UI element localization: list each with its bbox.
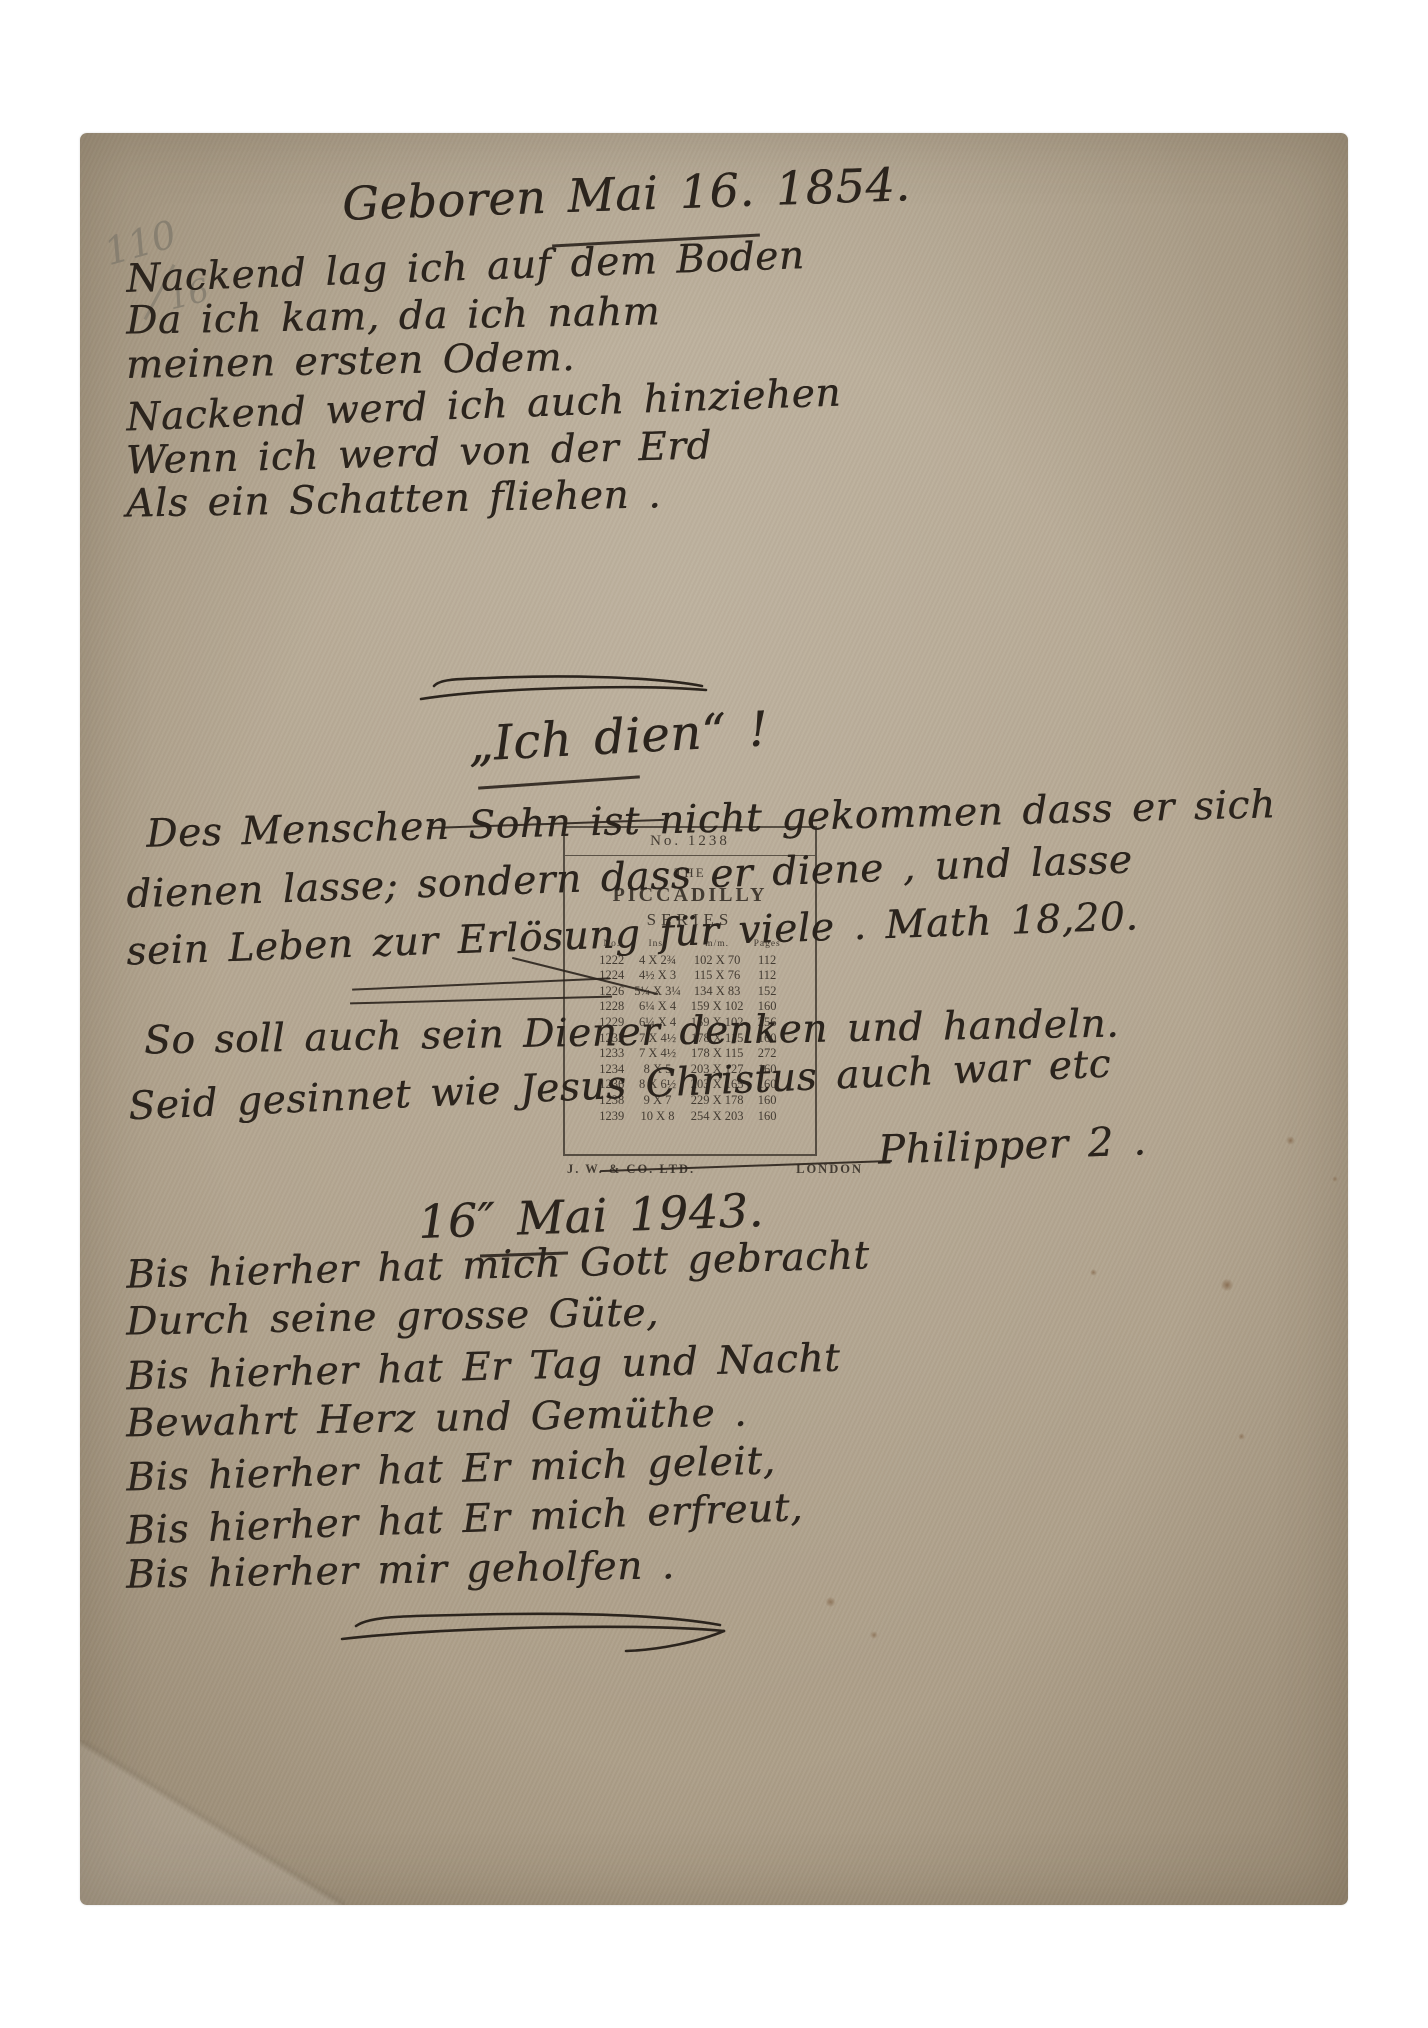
table-row: 12244½ X 3115 X 76112	[594, 968, 785, 984]
motto-heading: „Ich dien“ !	[467, 701, 770, 773]
cell: 112	[749, 953, 786, 969]
cell: 152	[749, 984, 786, 1000]
stain	[1332, 1176, 1338, 1182]
stanza1-line: Nackend lag ich auf dem Boden	[125, 233, 805, 302]
cell: 4½ X 3	[629, 968, 686, 984]
stain	[870, 1631, 878, 1639]
cell: 112	[749, 968, 786, 984]
title-line: Geboren Mai 16. 1854.	[341, 157, 911, 231]
cell: 10 X 8	[629, 1109, 686, 1125]
cell: 160	[749, 1109, 786, 1125]
motto-underline	[478, 775, 640, 789]
stain	[825, 1597, 836, 1607]
stain	[1090, 1269, 1097, 1276]
citation-line: Philipper 2 .	[877, 1118, 1147, 1173]
cell: 5¼ X 3¼	[629, 984, 686, 1000]
closing-flourish	[338, 1610, 728, 1656]
cell: 134 X 83	[686, 984, 749, 1000]
stain	[1220, 1279, 1234, 1291]
stain	[1238, 1433, 1245, 1440]
stain	[1286, 1136, 1295, 1145]
cell: 102 X 70	[686, 953, 749, 969]
paper-crease	[80, 1740, 345, 1905]
scan-background: { "document": { "pencil_top": "110", "pe…	[0, 0, 1428, 2028]
table-row: 123910 X 8254 X 203160	[594, 1109, 785, 1125]
hymn-line: Bis hierher hat mich Gott gebracht	[126, 1233, 871, 1297]
cell: 115 X 76	[686, 968, 749, 984]
manuscript-paper: No. 1238 THE PICCADILLY SERIES No. Ins. …	[80, 133, 1348, 1905]
hymn-line: Bis hierher mir geholfen .	[126, 1543, 675, 1598]
hymn-line: Bis hierher hat Er Tag und Nacht	[126, 1336, 841, 1400]
stanza1-line: meinen ersten Odem.	[126, 335, 576, 388]
stanza1-line: Da ich kam, da ich nahm	[126, 289, 661, 343]
hymn-line: Durch seine grosse Güte,	[126, 1290, 660, 1344]
cell: 254 X 203	[686, 1109, 749, 1125]
hymn-line: Bewahrt Herz und Gemüthe .	[126, 1391, 748, 1447]
cell: 1239	[594, 1109, 629, 1125]
stanza1-line: Als ein Schatten fliehen .	[126, 472, 662, 526]
section-flourish	[418, 673, 708, 707]
